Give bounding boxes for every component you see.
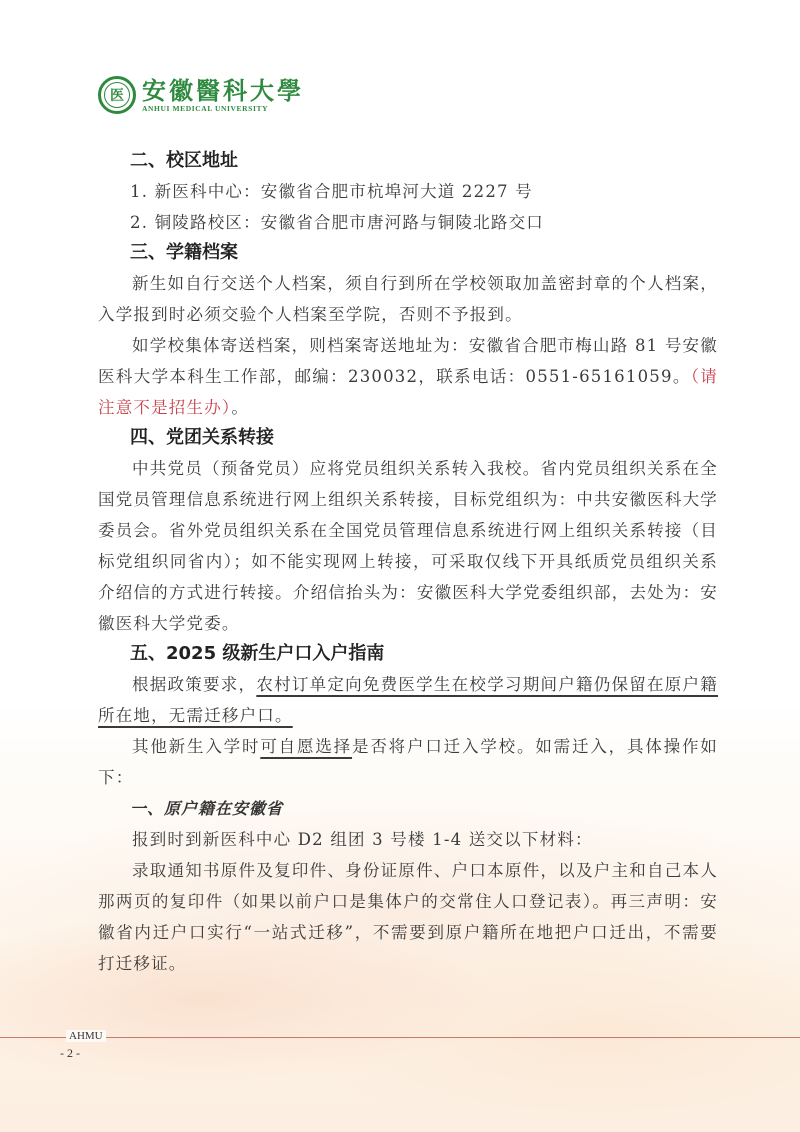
footer-label: AHMU bbox=[62, 1030, 110, 1042]
subsection-title-anhui: 一、原户籍在安徽省 bbox=[130, 793, 718, 824]
section-title-hukou-guide: 五、2025 级新生户口入户指南 bbox=[130, 639, 718, 669]
records-paragraph-1: 新生如自行交送个人档案，须自行到所在学校领取加盖密封章的个人档案，入学报到时必须… bbox=[98, 268, 718, 330]
footer-label-text: AHMU bbox=[66, 1030, 106, 1042]
anhui-paragraph-1: 报到时到新医科中心 D2 组团 3 号楼 1-4 送交以下材料： bbox=[98, 824, 718, 855]
seal-glyph: 医 bbox=[110, 85, 124, 105]
hukou-paragraph-1: 根据政策要求，农村订单定向免费医学生在校学习期间户籍仍保留在原户籍所在地，无需迁… bbox=[98, 669, 718, 731]
anhui-paragraph-2: 录取通知书原件及复印件、身份证原件、户口本原件，以及户主和自己本人那两页的复印件… bbox=[98, 855, 718, 979]
hukou-p2-underlined: 可自愿选择 bbox=[260, 737, 352, 756]
records-mailing-info: 如学校集体寄送档案，则档案寄送地址为：安徽省合肥市梅山路 81 号安徽医科大学本… bbox=[98, 336, 718, 386]
party-transfer-paragraph: 中共党员（预备党员）应将党员组织关系转入我校。省内党员组织关系在全国党员管理信息… bbox=[98, 453, 718, 639]
address-item-2: 2. 铜陵路校区：安徽省合肥市唐河路与铜陵北路交口 bbox=[130, 207, 718, 238]
hukou-paragraph-2: 其他新生入学时可自愿选择是否将户口迁入学校。如需迁入，具体操作如下： bbox=[98, 731, 718, 793]
section-title-campus-address: 二、校区地址 bbox=[130, 146, 718, 176]
records-paragraph-2: 如学校集体寄送档案，则档案寄送地址为：安徽省合肥市梅山路 81 号安徽医科大学本… bbox=[98, 330, 718, 423]
footer-rule bbox=[0, 1037, 800, 1038]
seal-emblem-icon: 医 bbox=[98, 76, 136, 114]
document-body: 二、校区地址 1. 新医科中心：安徽省合肥市杭埠河大道 2227 号 2. 铜陵… bbox=[98, 146, 718, 979]
hukou-p1-lead: 根据政策要求， bbox=[132, 675, 256, 694]
address-item-1: 1. 新医科中心：安徽省合肥市杭埠河大道 2227 号 bbox=[130, 176, 718, 207]
university-logo: 医 安徽醫科大學 ANHUI MEDICAL UNIVERSITY bbox=[98, 76, 304, 114]
logo-english-name: ANHUI MEDICAL UNIVERSITY bbox=[142, 104, 304, 113]
hukou-p2-lead: 其他新生入学时 bbox=[132, 737, 260, 756]
section-title-student-records: 三、学籍档案 bbox=[130, 238, 718, 268]
logo-chinese-name: 安徽醫科大學 bbox=[142, 78, 304, 104]
records-end: 。 bbox=[231, 398, 249, 417]
page-number: - 2 - bbox=[60, 1046, 80, 1061]
logo-text: 安徽醫科大學 ANHUI MEDICAL UNIVERSITY bbox=[142, 78, 304, 113]
section-title-party-transfer: 四、党团关系转接 bbox=[130, 423, 718, 453]
